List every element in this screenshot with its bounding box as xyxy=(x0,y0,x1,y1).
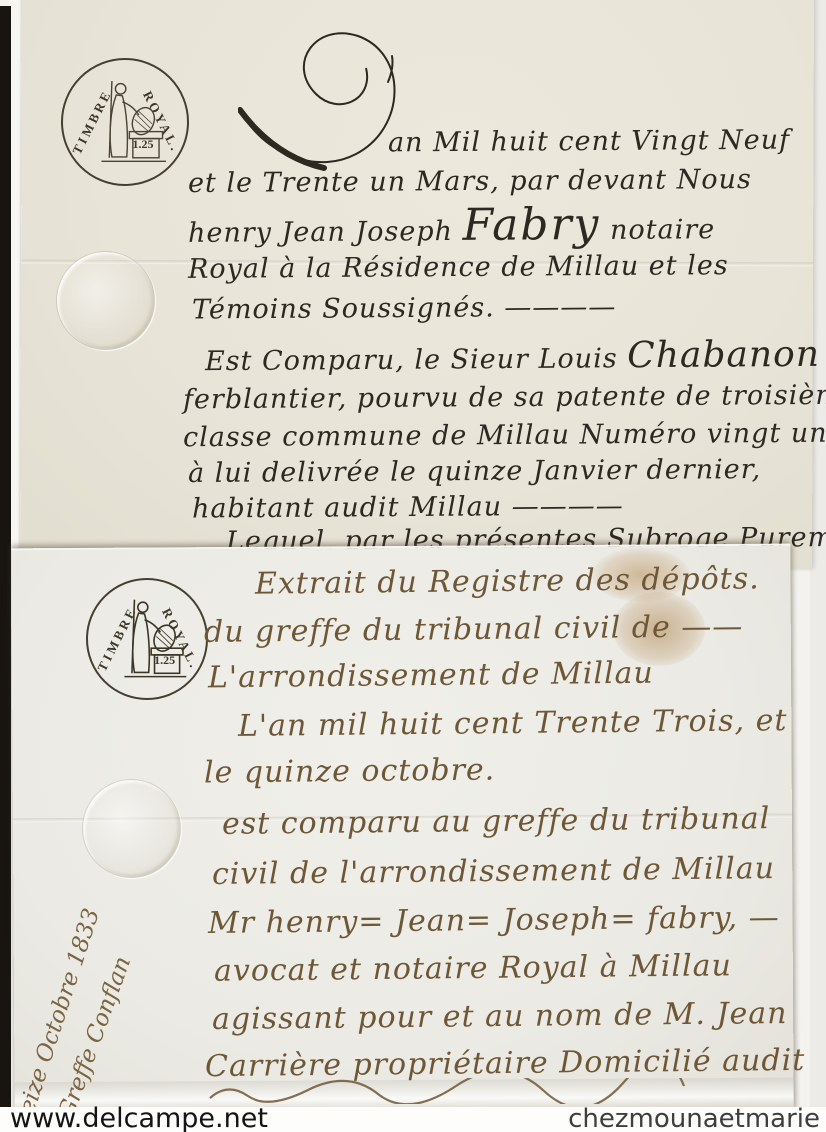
seller-watermark: chezmounaetmarie xyxy=(568,1104,820,1132)
handwritten-line: an Mil huit cent Vingt Neuf xyxy=(388,125,790,159)
line-part: Est Comparu, le Sieur Louis xyxy=(205,343,618,377)
embossed-seal-1 xyxy=(56,251,155,350)
delcampe-watermark: www.delcampe.net xyxy=(10,1103,268,1132)
line-part: henry Jean Joseph xyxy=(188,216,453,249)
handwritten-line: le quinze octobre. xyxy=(204,752,496,790)
handwritten-line: L'arrondissement de Millau xyxy=(208,656,654,696)
embossed-seal-2 xyxy=(82,779,181,878)
timbre-royal-stamp-1: TIMBRE ROYAL. 1.25 xyxy=(61,58,189,186)
minerva-figure-icon xyxy=(101,593,193,685)
handwritten-line: ferblantier, pourvu de sa patente de tro… xyxy=(183,380,826,416)
timbre-royal-stamp-2: TIMBRE ROYAL. 1.25 xyxy=(86,578,208,700)
handwritten-line: avocat et notaire Royal à Millau xyxy=(214,948,732,988)
handwritten-line: à lui delivrée le quinze Janvier dernier… xyxy=(188,454,761,489)
handwritten-line: est comparu au greffe du tribunal xyxy=(222,801,771,842)
handwritten-line: Royal à la Résidence de Millau et les xyxy=(188,250,729,285)
party-name: Chabanon xyxy=(627,334,820,376)
stamp-value: 1.25 xyxy=(132,137,153,152)
line-part: notaire xyxy=(610,214,715,246)
notary-name: Fabry xyxy=(462,199,600,251)
minerva-figure-icon xyxy=(77,74,173,170)
handwritten-line: classe commune de Millau Numéro vingt un xyxy=(183,418,826,453)
handwritten-line: du greffe du tribunal civil de —— xyxy=(204,609,744,650)
handwritten-line: Mr henry= Jean= Joseph= fabry, — xyxy=(208,900,780,941)
handwritten-line: Extrait du Registre des dépôts. xyxy=(255,561,760,601)
handwritten-line: L'an mil huit cent Trente Trois, et xyxy=(238,703,788,744)
scanned-documents-photo: TIMBRE ROYAL. 1.25 an Mil huit cent Ving… xyxy=(0,0,826,1132)
scan-edge-black-strip xyxy=(0,6,11,1132)
cut-handwritten-line xyxy=(205,1078,725,1104)
handwritten-line: Est Comparu, le Sieur Louis Chabanon xyxy=(205,334,820,379)
handwritten-line: civil de l'arrondissement de Millau xyxy=(212,851,775,892)
handwritten-line: Témoins Soussignés. ———— xyxy=(192,292,617,326)
handwritten-line: habitant audit Millau ———— xyxy=(192,490,624,524)
handwritten-line: agissant pour et au nom de M. Jean xyxy=(212,996,788,1037)
handwritten-line: henry Jean Joseph Fabry notaire xyxy=(188,198,715,253)
handwritten-line: et le Trente un Mars, par devant Nous xyxy=(188,164,752,199)
stamp-value: 1.25 xyxy=(154,653,175,668)
